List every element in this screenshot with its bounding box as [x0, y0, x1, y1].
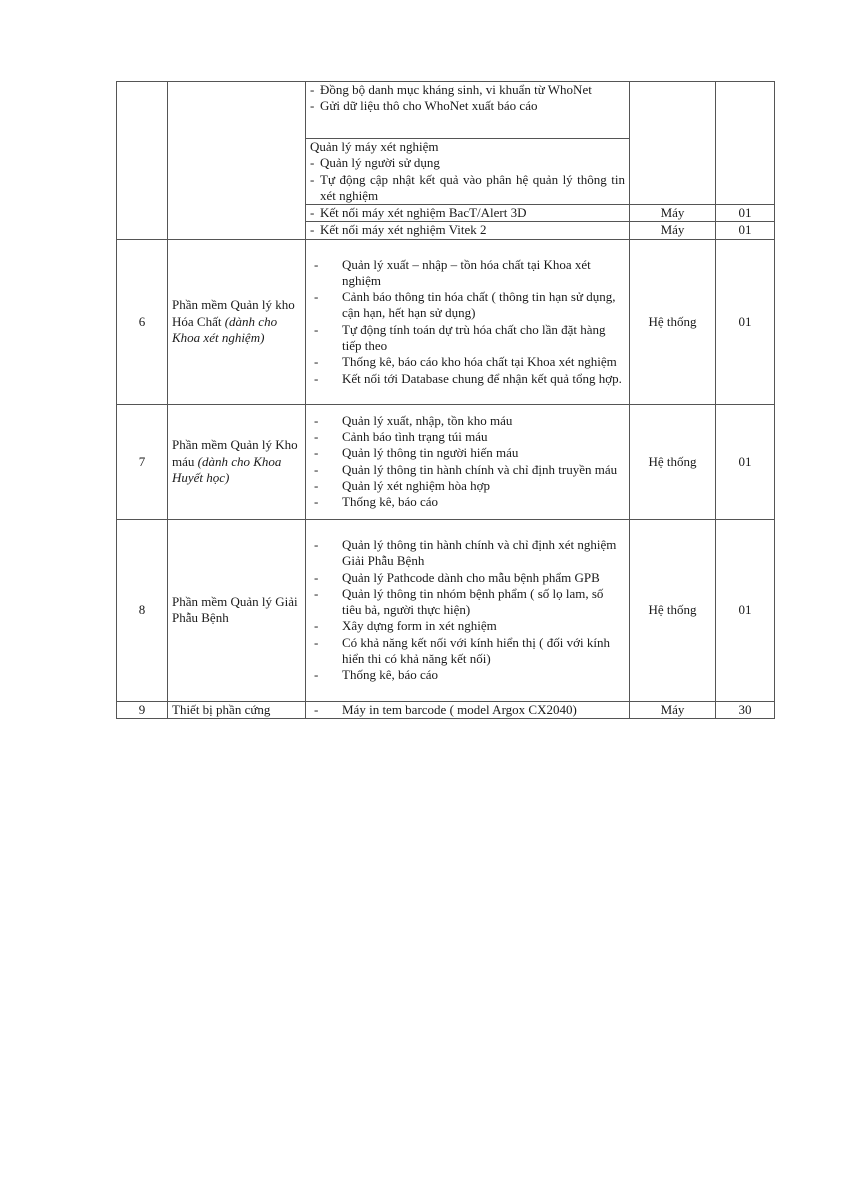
cell-desc: -Quản lý thông tin hành chính và chỉ địn…	[306, 519, 630, 701]
cell-desc-whonet: -Đồng bộ danh mục kháng sinh, vi khuẩn t…	[306, 82, 630, 139]
list-item: -Kết nối máy xét nghiệm Vitek 2	[310, 222, 625, 238]
list-item: -Quản lý thông tin hành chính và chỉ địn…	[310, 462, 625, 478]
cell-desc-device-mgmt: Quản lý máy xét nghiệm -Quản lý người sử…	[306, 139, 630, 205]
list-item: -Kết nối tới Database chung để nhận kết …	[310, 371, 625, 387]
table-row: 9Thiết bị phần cứng-Máy in tem barcode (…	[117, 701, 775, 718]
cell-desc: -Kết nối máy xét nghiệm BacT/Alert 3D	[306, 205, 630, 222]
cell-qty-empty	[716, 82, 775, 205]
cell-name: Phần mềm Quản lý Kho máu (dành cho Khoa …	[168, 404, 306, 519]
list-item: -Thống kê, báo cáo kho hóa chất tại Khoa…	[310, 354, 625, 370]
list-item: -Có khả năng kết nối với kính hiển thị (…	[310, 635, 625, 668]
cell-no-empty	[117, 82, 168, 240]
cell-desc: -Quản lý xuất – nhập – tồn hóa chất tại …	[306, 239, 630, 404]
cell-no: 7	[117, 404, 168, 519]
cell-qty: 01	[716, 205, 775, 222]
cell-qty: 01	[716, 239, 775, 404]
list-item: -Xây dựng form in xét nghiệm	[310, 618, 625, 634]
cell-unit-empty	[630, 82, 716, 205]
cell-qty: 30	[716, 701, 775, 718]
item-name: Thiết bị phần cứng	[172, 702, 270, 717]
table-row: 7Phần mềm Quản lý Kho máu (dành cho Khoa…	[117, 404, 775, 519]
cell-desc: -Quản lý xuất, nhập, tồn kho máu-Cảnh bá…	[306, 404, 630, 519]
cell-name: Phần mềm Quản lý Giải Phẫu Bệnh	[168, 519, 306, 701]
list-item: -Gửi dữ liệu thô cho WhoNet xuất báo cáo	[310, 98, 625, 114]
cell-unit: Hệ thống	[630, 519, 716, 701]
list-item: -Quản lý thông tin nhóm bệnh phẩm ( số l…	[310, 586, 625, 619]
list-item: -Quản lý xuất – nhập – tồn hóa chất tại …	[310, 257, 625, 290]
list-item: -Tự động tính toán dự trù hóa chất cho l…	[310, 322, 625, 355]
table-body: -Đồng bộ danh mục kháng sinh, vi khuẩn t…	[117, 82, 775, 719]
cell-no: 6	[117, 239, 168, 404]
list-item: -Quản lý xét nghiệm hòa hợp	[310, 478, 625, 494]
group-heading: Quản lý máy xét nghiệm	[310, 139, 625, 155]
table-row: 8Phần mềm Quản lý Giải Phẫu Bệnh-Quản lý…	[117, 519, 775, 701]
cell-unit: Hệ thống	[630, 239, 716, 404]
cell-qty: 01	[716, 222, 775, 239]
cell-name-empty	[168, 82, 306, 240]
cell-desc: -Kết nối máy xét nghiệm Vitek 2	[306, 222, 630, 239]
table-row-continuation: -Đồng bộ danh mục kháng sinh, vi khuẩn t…	[117, 82, 775, 139]
cell-no: 8	[117, 519, 168, 701]
list-item: -Cảnh báo thông tin hóa chất ( thông tin…	[310, 289, 625, 322]
cell-unit: Hệ thống	[630, 404, 716, 519]
list-item: -Quản lý thông tin người hiến máu	[310, 445, 625, 461]
cell-unit: Máy	[630, 222, 716, 239]
cell-qty: 01	[716, 404, 775, 519]
list-item: -Thống kê, báo cáo	[310, 667, 625, 683]
cell-unit: Máy	[630, 205, 716, 222]
list-item: -Quản lý xuất, nhập, tồn kho máu	[310, 413, 625, 429]
equipment-spec-table: -Đồng bộ danh mục kháng sinh, vi khuẩn t…	[116, 81, 775, 719]
cell-desc: -Máy in tem barcode ( model Argox CX2040…	[306, 701, 630, 718]
list-item: -Máy in tem barcode ( model Argox CX2040…	[310, 702, 625, 718]
table-row: 6Phần mềm Quản lý kho Hóa Chất (dành cho…	[117, 239, 775, 404]
cell-name: Phần mềm Quản lý kho Hóa Chất (dành cho …	[168, 239, 306, 404]
list-item: -Quản lý người sử dụng	[310, 155, 625, 171]
item-name: Phần mềm Quản lý Giải Phẫu Bệnh	[172, 594, 298, 625]
list-item: -Kết nối máy xét nghiệm BacT/Alert 3D	[310, 205, 625, 221]
cell-qty: 01	[716, 519, 775, 701]
list-item: -Quản lý thông tin hành chính và chỉ địn…	[310, 537, 625, 570]
list-item: -Tự động cập nhật kết quả vào phân hệ qu…	[310, 172, 625, 205]
list-item: -Đồng bộ danh mục kháng sinh, vi khuẩn t…	[310, 82, 625, 98]
list-item: -Thống kê, báo cáo	[310, 494, 625, 510]
list-item: -Cảnh báo tình trạng túi máu	[310, 429, 625, 445]
cell-name: Thiết bị phần cứng	[168, 701, 306, 718]
list-item: -Quản lý Pathcode dành cho mẫu bệnh phẩm…	[310, 570, 625, 586]
cell-unit: Máy	[630, 701, 716, 718]
cell-no: 9	[117, 701, 168, 718]
